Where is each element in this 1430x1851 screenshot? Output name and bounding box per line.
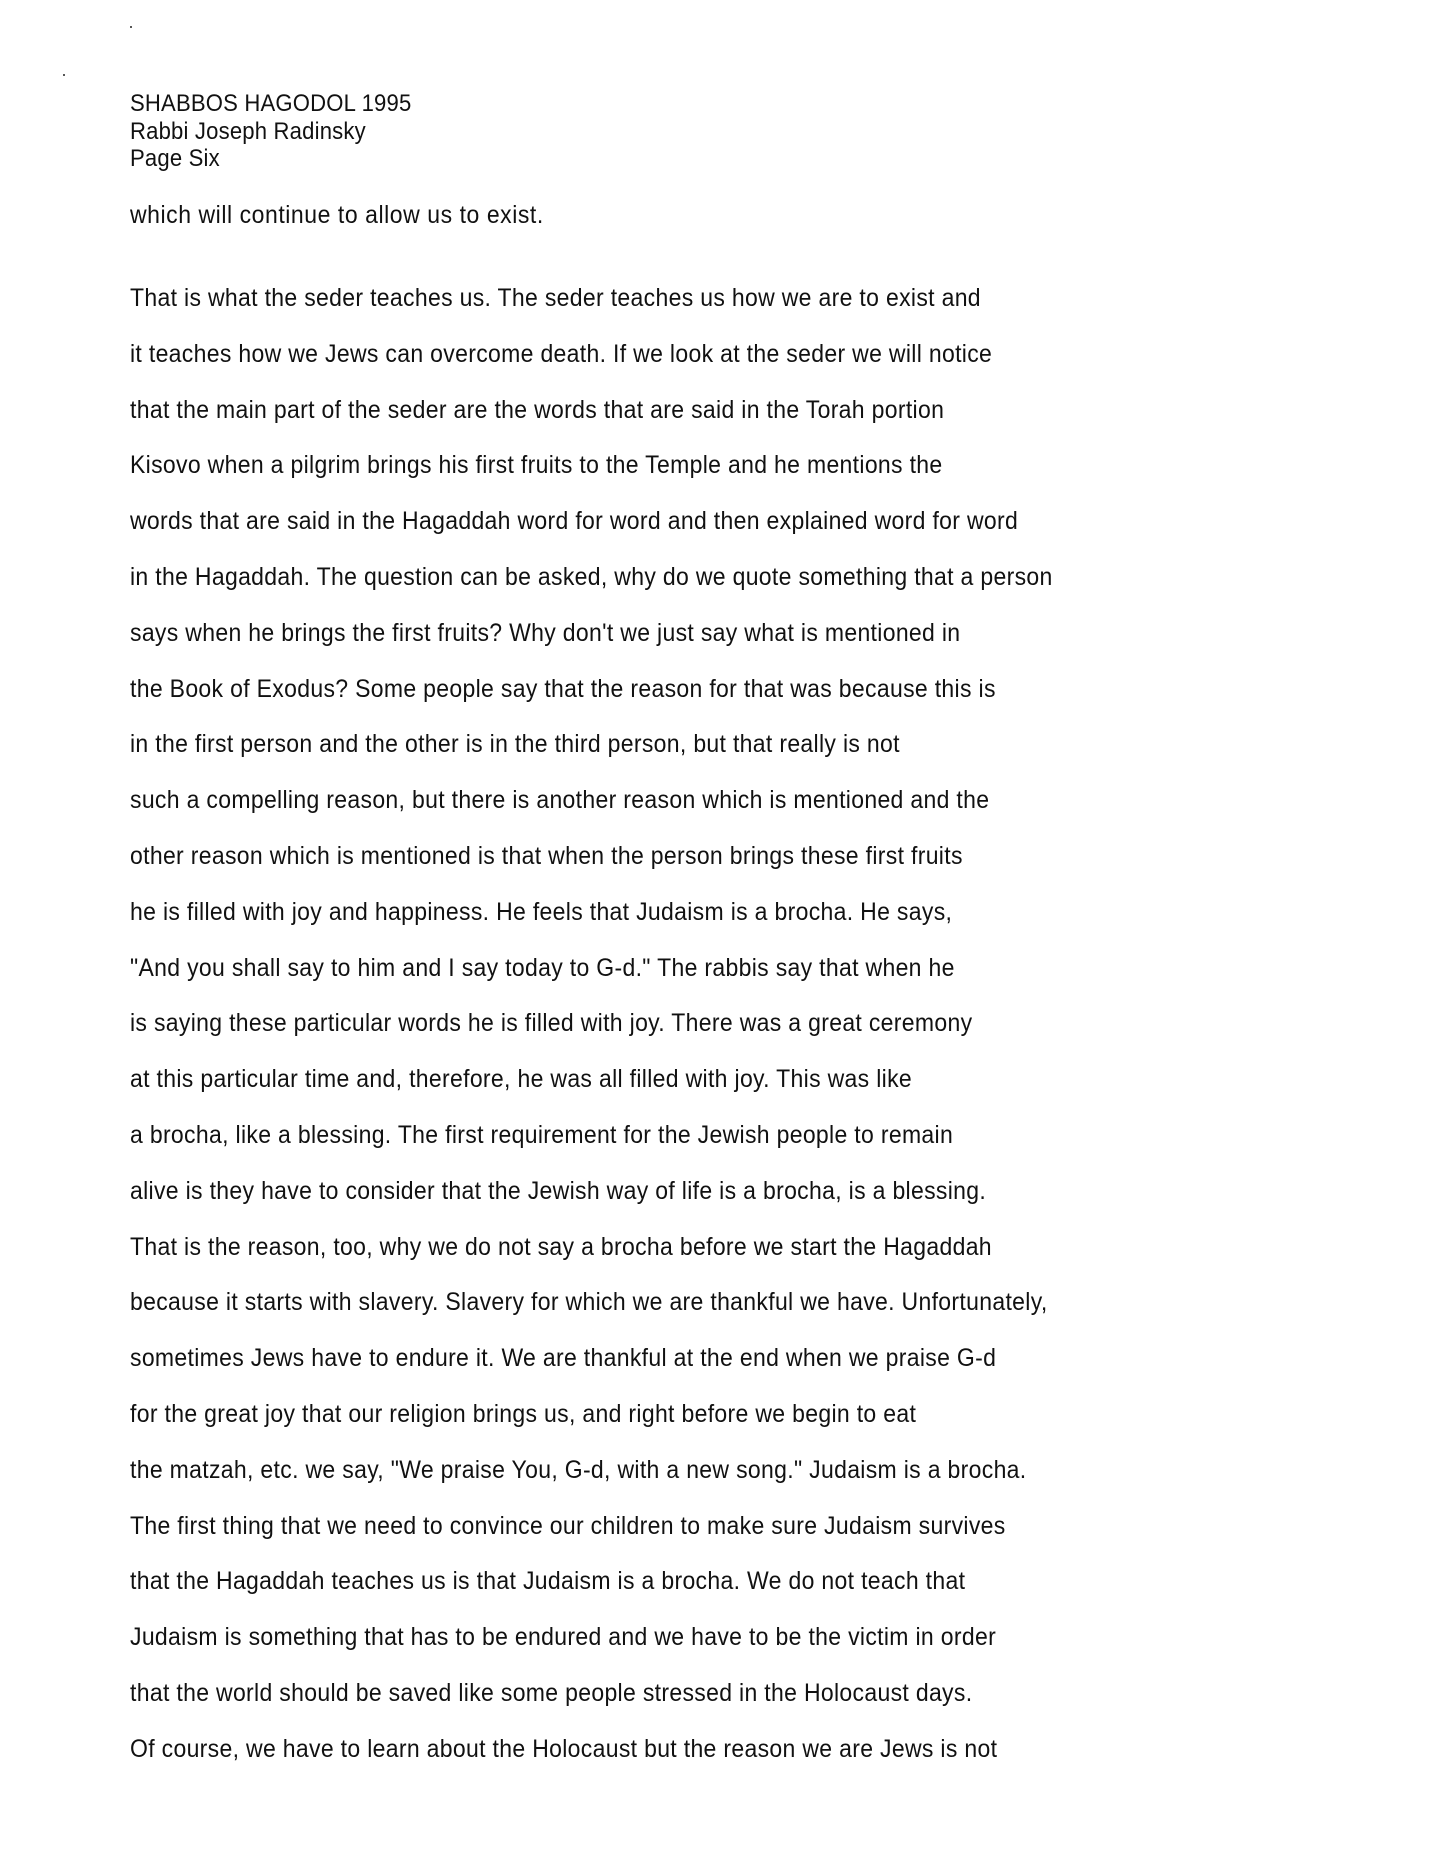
body-line: at this particular time and, therefore, … — [130, 1064, 1326, 1120]
body-text: That is what the seder teaches us. The s… — [130, 283, 1430, 1790]
body-line: is saying these particular words he is f… — [130, 1008, 1326, 1064]
body-line: the matzah, etc. we say, "We praise You,… — [130, 1455, 1326, 1511]
body-line: Judaism is something that has to be endu… — [130, 1622, 1326, 1678]
body-line: that the Hagaddah teaches us is that Jud… — [130, 1566, 1326, 1622]
document-header: SHABBOS HAGODOL 1995 Rabbi Joseph Radins… — [130, 90, 411, 173]
body-line: such a compelling reason, but there is a… — [130, 785, 1326, 841]
body-line: "And you shall say to him and I say toda… — [130, 953, 1326, 1009]
document-author: Rabbi Joseph Radinsky — [130, 118, 411, 146]
body-line: Kisovo when a pilgrim brings his first f… — [130, 450, 1326, 506]
body-line: the Book of Exodus? Some people say that… — [130, 674, 1326, 730]
body-line: sometimes Jews have to endure it. We are… — [130, 1343, 1326, 1399]
body-line: because it starts with slavery. Slavery … — [130, 1287, 1326, 1343]
body-line: That is the reason, too, why we do not s… — [130, 1232, 1326, 1288]
body-line: That is what the seder teaches us. The s… — [130, 283, 1326, 339]
body-line: a brocha, like a blessing. The first req… — [130, 1120, 1326, 1176]
body-line: for the great joy that our religion brin… — [130, 1399, 1326, 1455]
body-line: in the Hagaddah. The question can be ask… — [130, 562, 1326, 618]
body-line: he is filled with joy and happiness. He … — [130, 897, 1326, 953]
scan-speck — [130, 26, 132, 28]
page-label: Page Six — [130, 145, 411, 173]
body-line: words that are said in the Hagaddah word… — [130, 506, 1326, 562]
body-line: that the main part of the seder are the … — [130, 395, 1326, 451]
body-line: says when he brings the first fruits? Wh… — [130, 618, 1326, 674]
body-line: Of course, we have to learn about the Ho… — [130, 1734, 1326, 1790]
body-line: that the world should be saved like some… — [130, 1678, 1326, 1734]
document-title: SHABBOS HAGODOL 1995 — [130, 90, 411, 118]
body-line: other reason which is mentioned is that … — [130, 841, 1326, 897]
body-line: alive is they have to consider that the … — [130, 1176, 1326, 1232]
continuation-line: which will continue to allow us to exist… — [130, 201, 544, 230]
body-line: it teaches how we Jews can overcome deat… — [130, 339, 1326, 395]
body-line: The first thing that we need to convince… — [130, 1511, 1326, 1567]
document-page: SHABBOS HAGODOL 1995 Rabbi Joseph Radins… — [0, 0, 1430, 1851]
body-line: in the first person and the other is in … — [130, 729, 1326, 785]
scan-speck — [63, 74, 65, 76]
